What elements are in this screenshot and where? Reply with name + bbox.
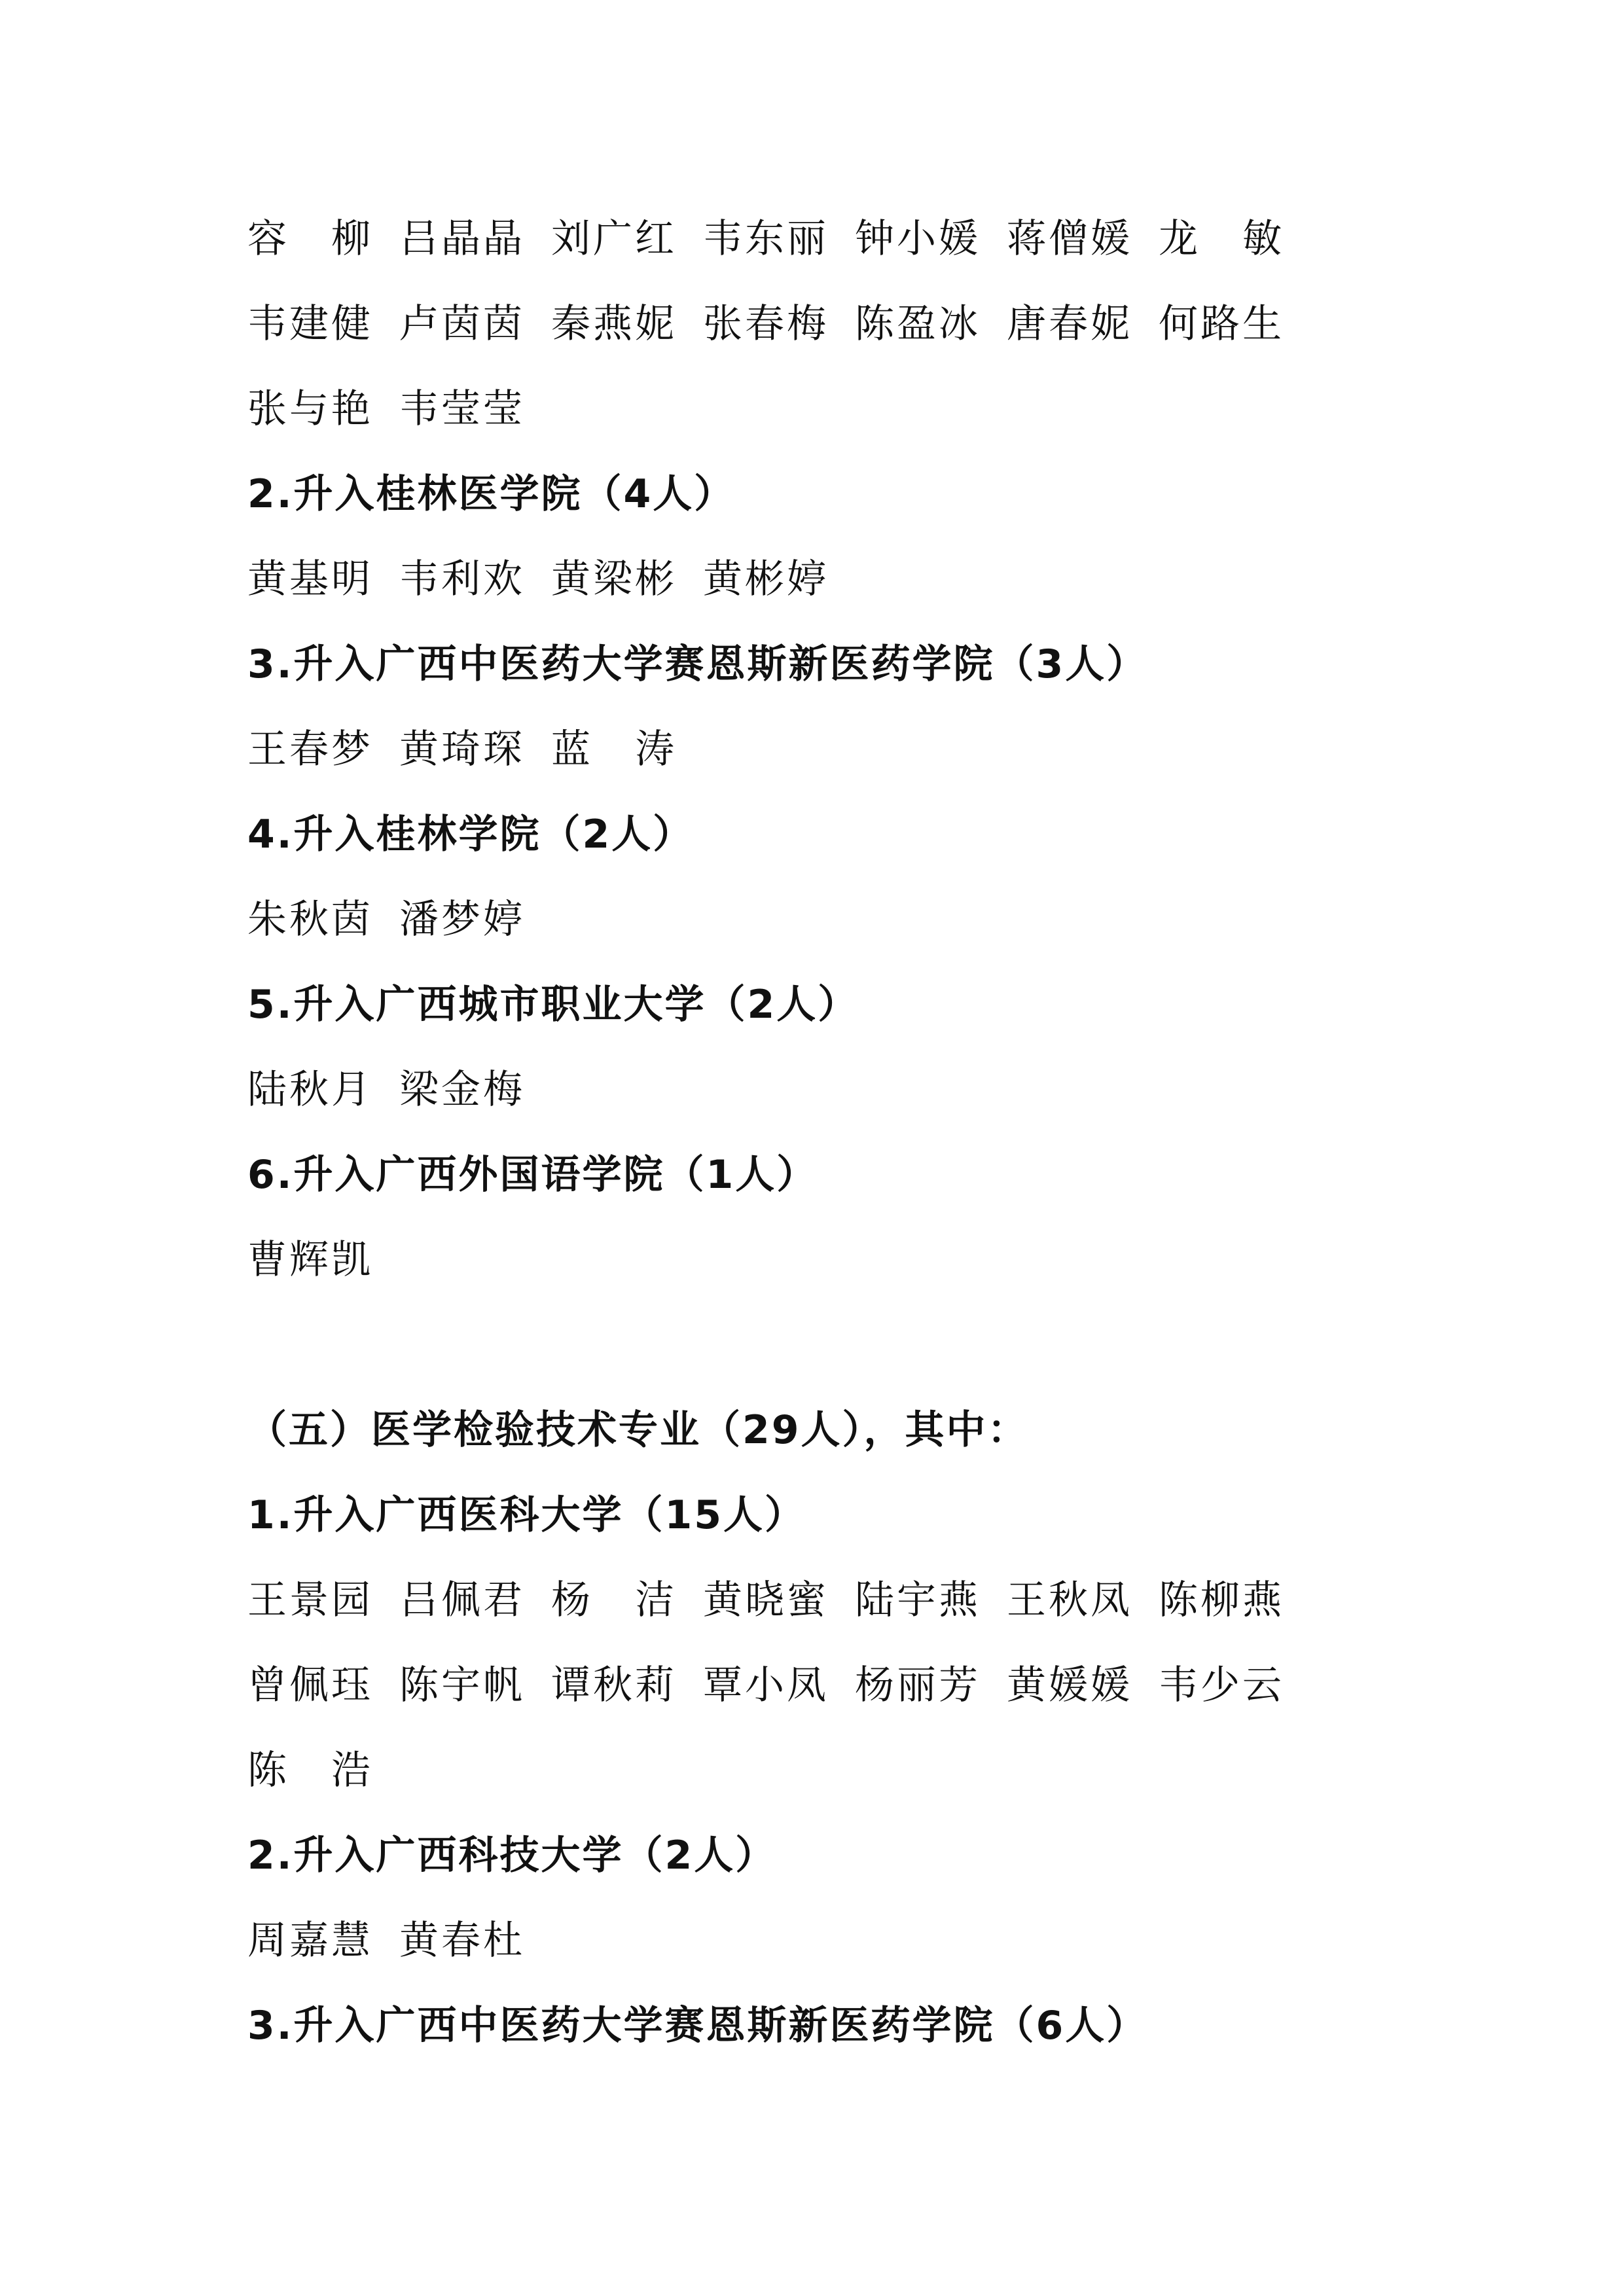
student-name: 陈盈冰 — [855, 296, 981, 352]
name-row: 曹辉凯 — [247, 1232, 1308, 1317]
student-name: 王景园 — [247, 1572, 373, 1628]
name-row: 朱秋茵潘梦婷 — [247, 891, 1308, 977]
student-name: 梁金梅 — [399, 1062, 525, 1118]
student-name: 陆宇燕 — [855, 1572, 981, 1628]
student-name: 黄媛媛 — [1007, 1657, 1132, 1713]
student-name: 张春梅 — [703, 296, 829, 352]
student-name: 吕佩君 — [399, 1572, 525, 1628]
student-name: 朱秋茵 — [247, 891, 373, 948]
student-name: 王秋凤 — [1007, 1572, 1132, 1628]
subsection-heading: 4.升入桂林学院（2人） — [247, 806, 1308, 891]
student-name: 吕晶晶 — [399, 211, 525, 267]
student-name: 潘梦婷 — [399, 891, 525, 948]
subsection-heading: 3.升入广西中医药大学赛恩斯新医药学院（3人） — [247, 636, 1308, 721]
name-row: 陈 浩 — [247, 1742, 1308, 1827]
student-name: 覃小凤 — [703, 1657, 829, 1713]
section-heading: （五）医学检验技术专业（29人），其中： — [247, 1402, 1308, 1487]
student-name: 韦东丽 — [703, 211, 829, 267]
document-page: 容 柳吕晶晶刘广红韦东丽钟小媛蒋僧媛龙 敏 韦建健卢茵茵秦燕妮张春梅陈盈冰唐春妮… — [247, 211, 1308, 2083]
student-name: 周嘉慧 — [247, 1912, 373, 1969]
student-name: 曾佩珏 — [247, 1657, 373, 1713]
student-name: 蒋僧媛 — [1007, 211, 1132, 267]
student-name: 秦燕妮 — [551, 296, 677, 352]
student-name: 陈柳燕 — [1159, 1572, 1284, 1628]
student-name: 何路生 — [1159, 296, 1284, 352]
student-name: 杨丽芳 — [855, 1657, 981, 1713]
name-row: 周嘉慧黄春杜 — [247, 1912, 1308, 1998]
section-spacer — [247, 1317, 1308, 1402]
student-name: 刘广红 — [551, 211, 677, 267]
subsection-heading: 1.升入广西医科大学（15人） — [247, 1487, 1308, 1572]
student-name: 陆秋月 — [247, 1062, 373, 1118]
student-name: 韦莹莹 — [399, 381, 525, 437]
subsection-heading: 5.升入广西城市职业大学（2人） — [247, 977, 1308, 1062]
student-name: 谭秋莉 — [551, 1657, 677, 1713]
subsection-heading: 3.升入广西中医药大学赛恩斯新医药学院（6人） — [247, 1998, 1308, 2083]
student-name: 黄晓蜜 — [703, 1572, 829, 1628]
subsection-heading: 2.升入桂林医学院（4人） — [247, 466, 1308, 551]
student-name: 陈宇帆 — [399, 1657, 525, 1713]
name-row: 曾佩珏陈宇帆谭秋莉覃小凤杨丽芳黄媛媛韦少云 — [247, 1657, 1308, 1742]
student-name: 韦少云 — [1159, 1657, 1284, 1713]
student-name: 黄琦琛 — [399, 721, 525, 778]
student-name: 韦建健 — [247, 296, 373, 352]
name-row: 陆秋月梁金梅 — [247, 1062, 1308, 1147]
student-name: 卢茵茵 — [399, 296, 525, 352]
student-name: 陈 浩 — [247, 1742, 373, 1799]
student-name: 曹辉凯 — [247, 1232, 373, 1288]
name-row: 韦建健卢茵茵秦燕妮张春梅陈盈冰唐春妮何路生 — [247, 296, 1308, 381]
student-name: 黄彬婷 — [703, 551, 829, 607]
name-row: 黄基明韦利欢黄梁彬黄彬婷 — [247, 551, 1308, 636]
student-name: 唐春妮 — [1007, 296, 1132, 352]
name-row: 张与艳韦莹莹 — [247, 381, 1308, 466]
student-name: 杨 洁 — [551, 1572, 677, 1628]
student-name: 黄梁彬 — [551, 551, 677, 607]
student-name: 钟小媛 — [855, 211, 981, 267]
student-name: 黄基明 — [247, 551, 373, 607]
student-name: 王春梦 — [247, 721, 373, 778]
student-name: 张与艳 — [247, 381, 373, 437]
student-name: 黄春杜 — [399, 1912, 525, 1969]
student-name: 韦利欢 — [399, 551, 525, 607]
student-name: 龙 敏 — [1159, 211, 1284, 267]
name-row: 容 柳吕晶晶刘广红韦东丽钟小媛蒋僧媛龙 敏 — [247, 211, 1308, 296]
student-name: 容 柳 — [247, 211, 373, 267]
student-name: 蓝 涛 — [551, 721, 677, 778]
name-row: 王春梦黄琦琛蓝 涛 — [247, 721, 1308, 806]
subsection-heading: 2.升入广西科技大学（2人） — [247, 1827, 1308, 1912]
name-row: 王景园吕佩君杨 洁黄晓蜜陆宇燕王秋凤陈柳燕 — [247, 1572, 1308, 1657]
subsection-heading: 6.升入广西外国语学院（1人） — [247, 1147, 1308, 1232]
